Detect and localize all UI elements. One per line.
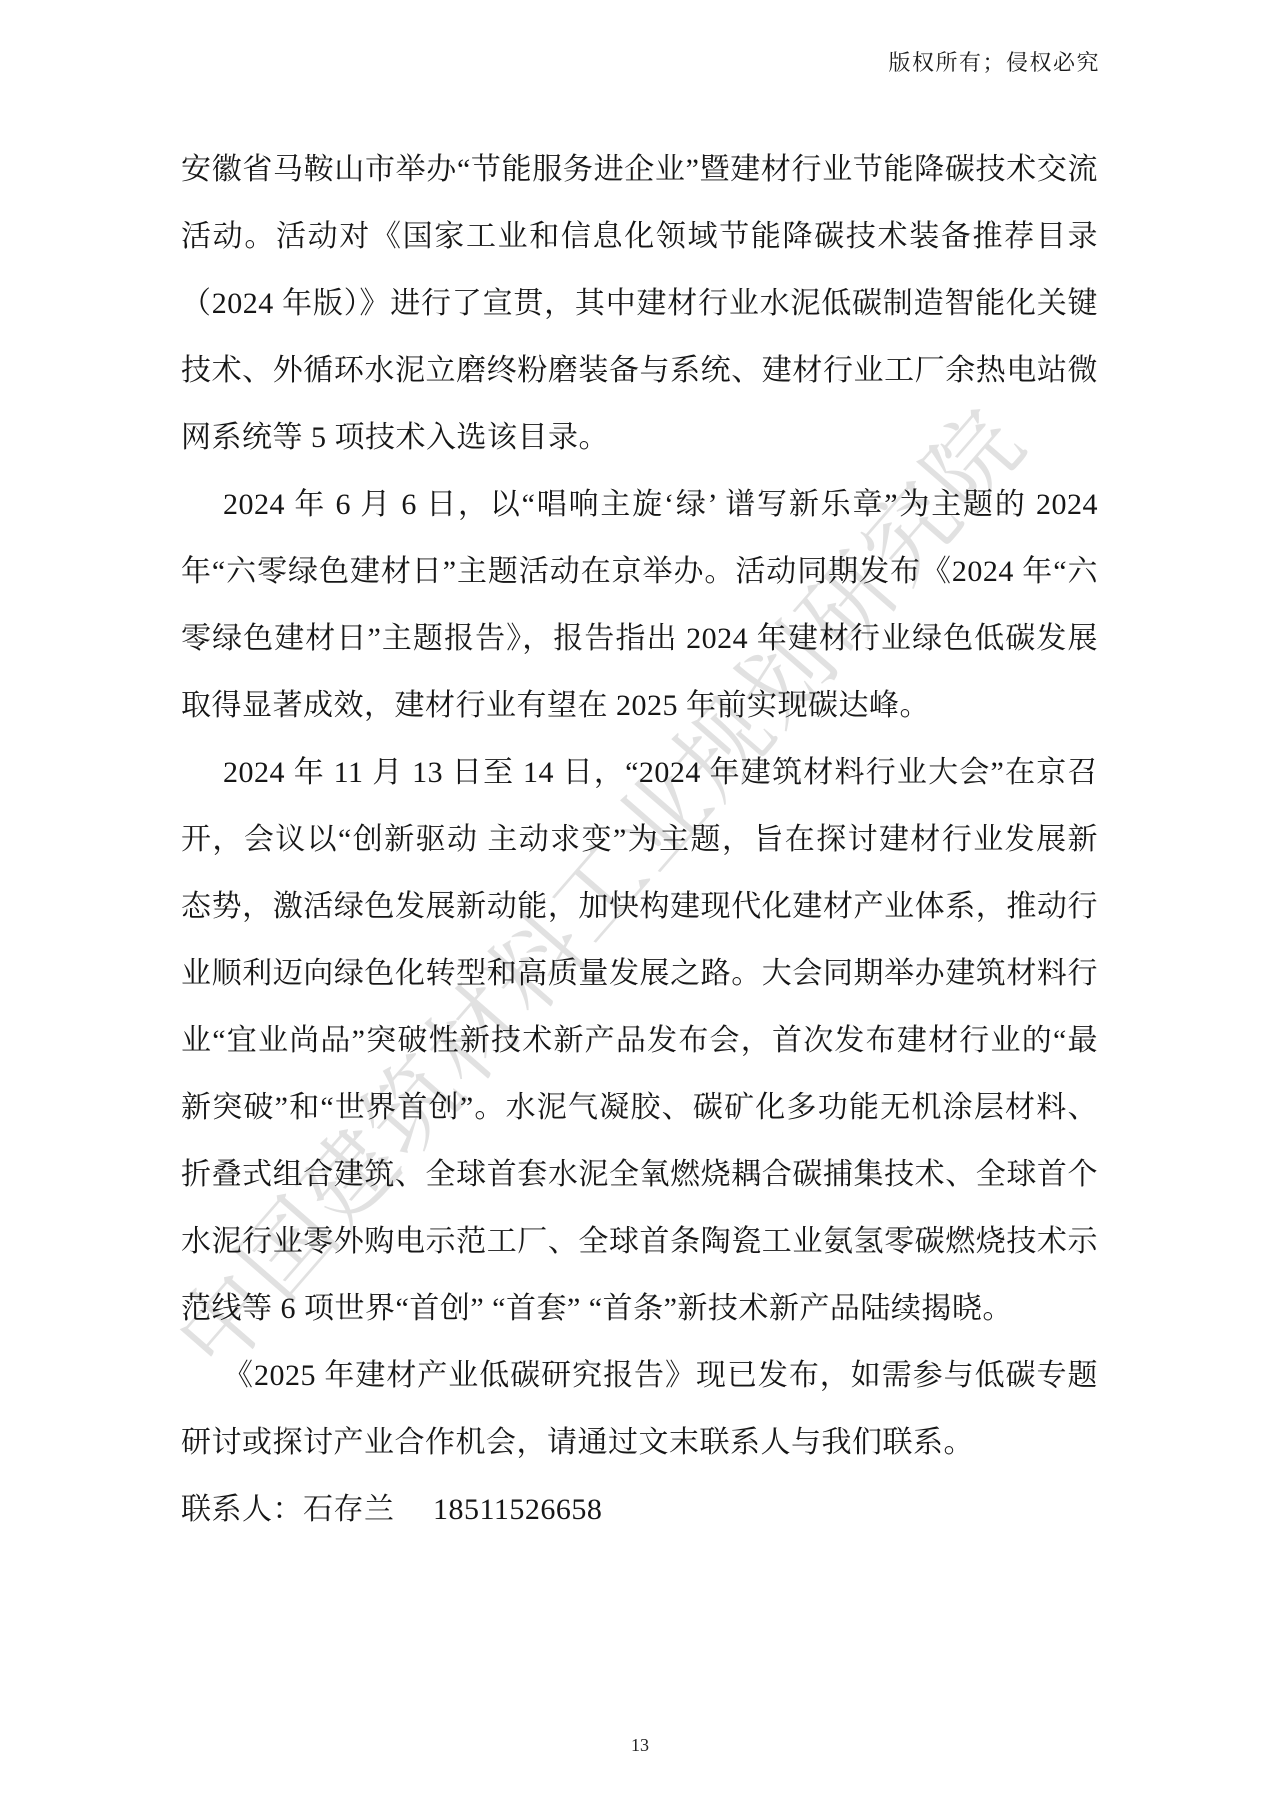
paragraph-2025-low-carbon-report-release: 《2025 年建材产业低碳研究报告》现已发布，如需参与低碳专题研讨或探讨产业合作… xyxy=(181,1342,1098,1476)
copyright-notice: 版权所有；侵权必究 xyxy=(888,46,1100,77)
contact-line: 联系人：石存兰 18511526658 xyxy=(181,1476,1098,1543)
paragraph-building-materials-industry-conference: 2024 年 11 月 13 日至 14 日，“2024 年建筑材料行业大会”在… xyxy=(181,739,1098,1342)
document-body: 安徽省马鞍山市举办“节能服务进企业”暨建材行业节能降碳技术交流活动。活动对《国家… xyxy=(181,136,1098,1543)
paragraph-anhui-energy-saving-activity: 安徽省马鞍山市举办“节能服务进企业”暨建材行业节能降碳技术交流活动。活动对《国家… xyxy=(181,136,1098,471)
page-number: 13 xyxy=(0,1735,1280,1756)
paragraph-green-building-materials-day: 2024 年 6 月 6 日，以“唱响主旋‘绿’ 谱写新乐章”为主题的 2024… xyxy=(181,471,1098,739)
